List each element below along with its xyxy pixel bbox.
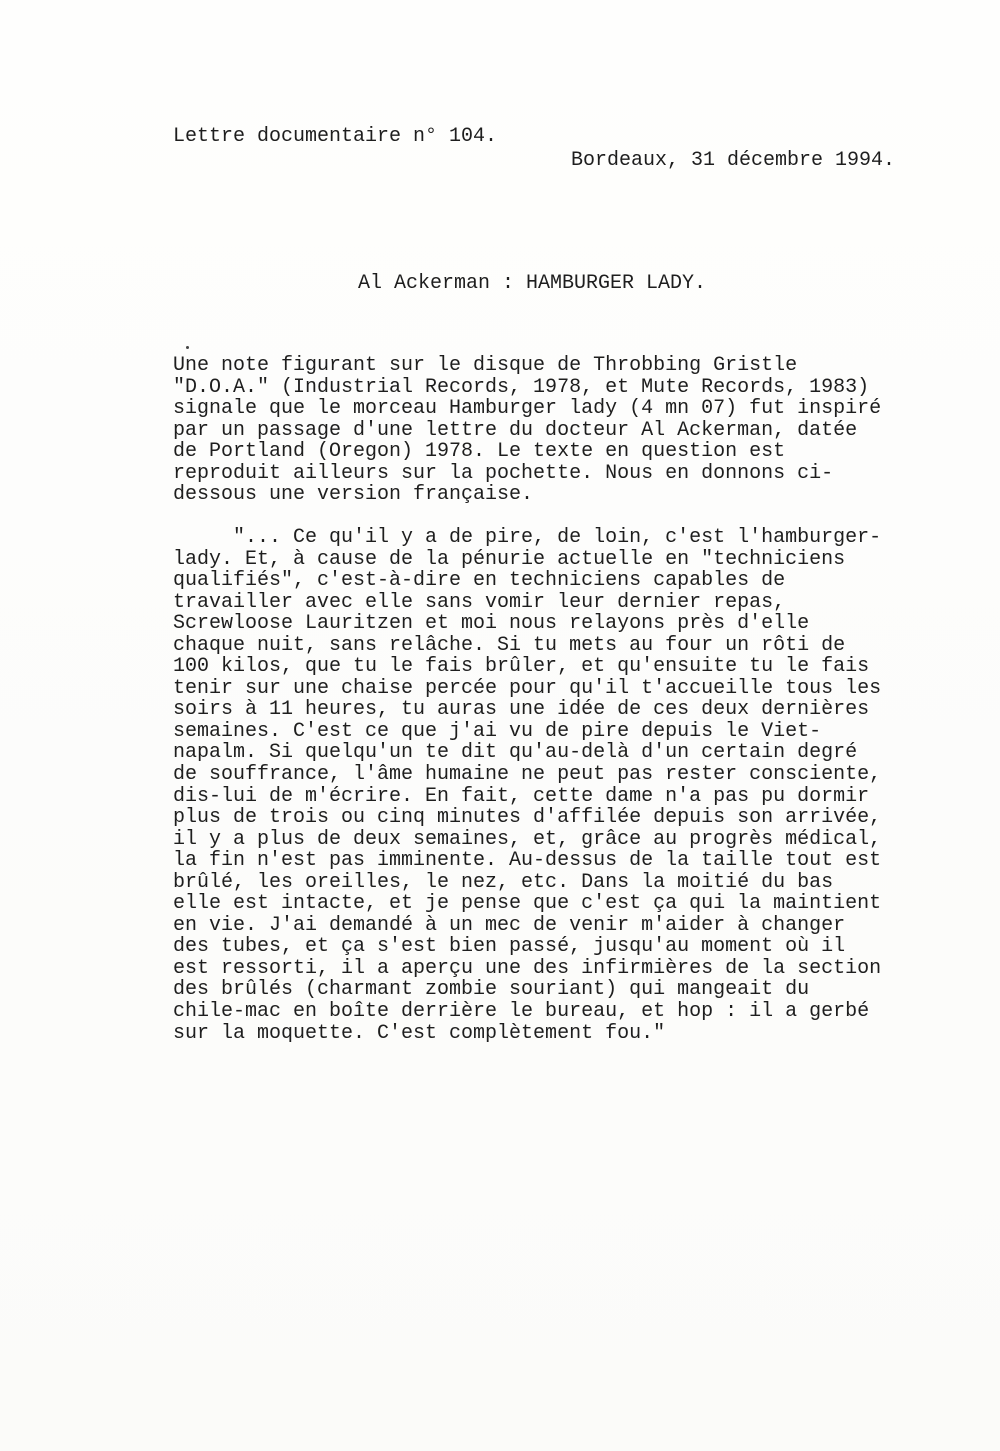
- text-line: chaque nuit, sans relâche. Si tu mets au…: [173, 635, 881, 657]
- text-line: reproduit ailleurs sur la pochette. Nous…: [173, 463, 881, 485]
- text-line: la fin n'est pas imminente. Au-dessus de…: [173, 850, 881, 872]
- text-line: de souffrance, l'âme humaine ne peut pas…: [173, 764, 881, 786]
- text-line: Une note figurant sur le disque de Throb…: [173, 355, 881, 377]
- text-line: tenir sur une chaise percée pour qu'il t…: [173, 678, 881, 700]
- text-line: "... Ce qu'il y a de pire, de loin, c'es…: [173, 527, 881, 549]
- text-line: des tubes, et ça s'est bien passé, jusqu…: [173, 936, 881, 958]
- text-line: 100 kilos, que tu le fais brûler, et qu'…: [173, 656, 881, 678]
- text-line: Screwloose Lauritzen et moi nous relayon…: [173, 613, 881, 635]
- document-page: Lettre documentaire n° 104. Bordeaux, 31…: [0, 0, 1000, 1451]
- text-line: en vie. J'ai demandé à un mec de venir m…: [173, 915, 881, 937]
- text-line: signale que le morceau Hamburger lady (4…: [173, 398, 881, 420]
- text-line: qualifiés", c'est-à-dire en techniciens …: [173, 570, 881, 592]
- text-line: travailler avec elle sans vomir leur der…: [173, 592, 881, 614]
- letter-reference: Lettre documentaire n° 104.: [173, 126, 497, 148]
- text-line: semaines. C'est ce que j'ai vu de pire d…: [173, 721, 881, 743]
- intro-paragraph: Une note figurant sur le disque de Throb…: [173, 355, 881, 506]
- quoted-letter-paragraph: "... Ce qu'il y a de pire, de loin, c'es…: [173, 527, 881, 1044]
- text-line: chile-mac en boîte derrière le bureau, e…: [173, 1001, 881, 1023]
- place-and-date: Bordeaux, 31 décembre 1994.: [571, 150, 895, 172]
- text-line: est ressorti, il a aperçu une des infirm…: [173, 958, 881, 980]
- text-line: soirs à 11 heures, tu auras une idée de …: [173, 699, 881, 721]
- text-line: lady. Et, à cause de la pénurie actuelle…: [173, 549, 881, 571]
- text-line: elle est intacte, et je pense que c'est …: [173, 893, 881, 915]
- text-line: napalm. Si quelqu'un te dit qu'au-delà d…: [173, 742, 881, 764]
- text-line: sur la moquette. C'est complètement fou.…: [173, 1023, 881, 1045]
- text-line: dessous une version française.: [173, 484, 881, 506]
- stray-mark: [186, 346, 189, 349]
- text-line: dis-lui de m'écrire. En fait, cette dame…: [173, 786, 881, 808]
- text-line: "D.O.A." (Industrial Records, 1978, et M…: [173, 377, 881, 399]
- text-line: des brûlés (charmant zombie souriant) qu…: [173, 979, 881, 1001]
- text-line: plus de trois ou cinq minutes d'affilée …: [173, 807, 881, 829]
- document-title: Al Ackerman : HAMBURGER LADY.: [358, 273, 706, 295]
- text-line: il y a plus de deux semaines, et, grâce …: [173, 829, 881, 851]
- text-line: par un passage d'une lettre du docteur A…: [173, 420, 881, 442]
- text-line: brûlé, les oreilles, le nez, etc. Dans l…: [173, 872, 881, 894]
- text-line: de Portland (Oregon) 1978. Le texte en q…: [173, 441, 881, 463]
